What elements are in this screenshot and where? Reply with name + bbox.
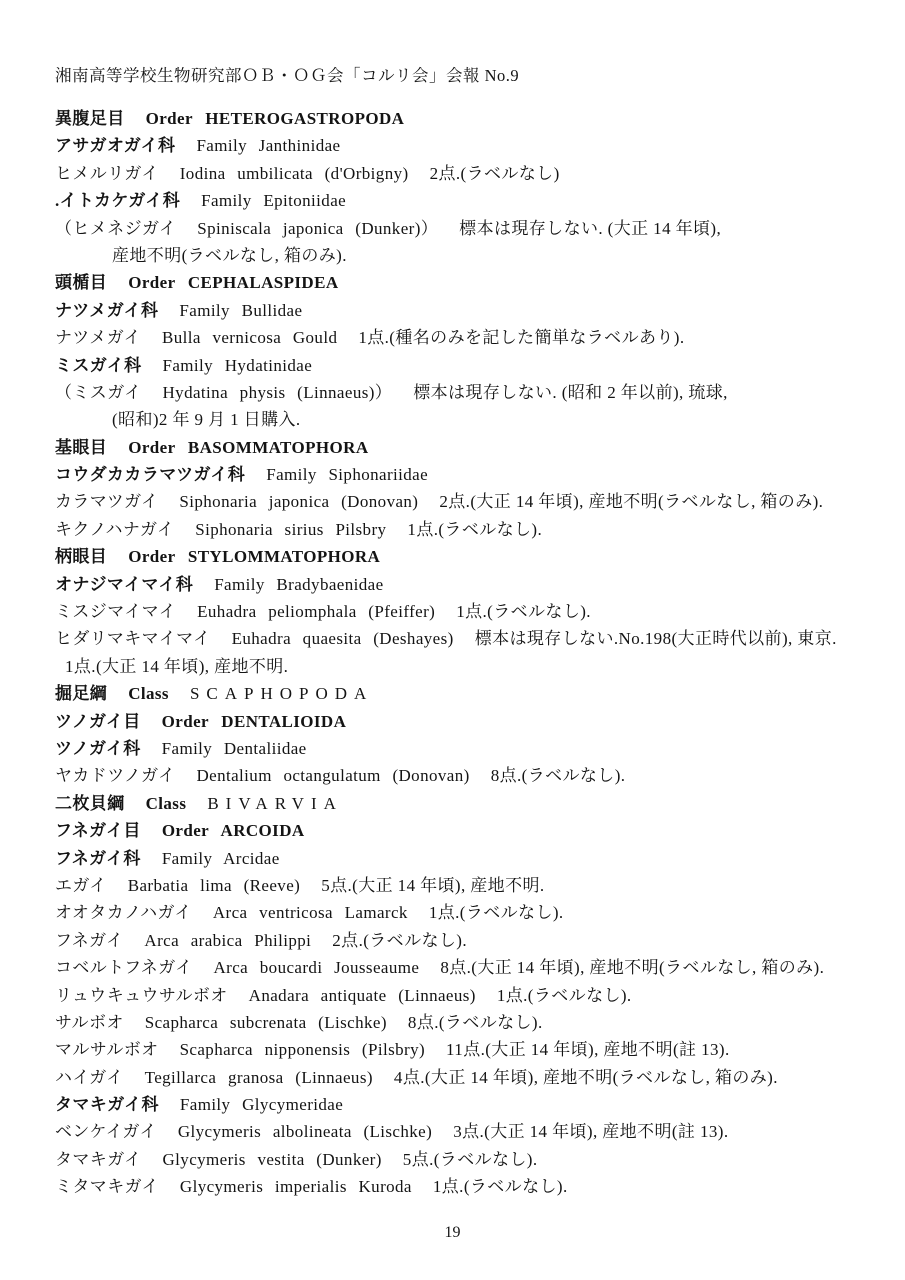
japanese-text: 11点.(大正 14 年頃), 産地不明(註 13).	[446, 1035, 730, 1060]
document-line: マルサルボオScapharca nipponensis (Pilsbry)11点…	[0, 1035, 905, 1062]
japanese-text: サルボオ	[55, 1008, 124, 1033]
japanese-heading: オナジマイマイ科	[55, 570, 193, 595]
latin-heading: Order ARCOIDA	[162, 821, 305, 841]
japanese-heading: フネガイ科	[55, 844, 141, 869]
latin-heading: Order CEPHALASPIDEA	[128, 273, 338, 293]
japanese-text: （ヒメネジガイ	[55, 214, 176, 239]
japanese-text: ハイガイ	[55, 1063, 124, 1088]
latin-name: Family Epitoniidae	[201, 191, 346, 211]
latin-name: Tegillarca granosa (Linnaeus)	[145, 1068, 373, 1088]
japanese-text: 1点.(ラベルなし).	[429, 898, 564, 923]
latin-name: Arca arabica Philippi	[144, 931, 311, 951]
japanese-heading: ミスガイ科	[55, 351, 142, 376]
document-line: ヒダリマキマイマイEuhadra quaesita (Deshayes)標本は現…	[0, 624, 905, 651]
latin-name: Arca boucardi Jousseaume	[214, 958, 420, 978]
document-line: .イトカケガイ科Family Epitoniidae	[0, 186, 905, 213]
page-number: 19	[0, 1224, 905, 1242]
document-line: 掘足綱ClassSCAPHOPODA	[0, 679, 905, 706]
latin-heading: Order HETEROGASTROPODA	[146, 109, 405, 129]
document-line: ベンケイガイGlycymeris albolineata (Lischke)3点…	[0, 1117, 905, 1144]
document-line: オナジマイマイ科Family Bradybaenidae	[0, 570, 905, 597]
document-line: フネガイArca arabica Philippi2点.(ラベルなし).	[0, 926, 905, 953]
japanese-text: 1点.(ラベルなし).	[456, 597, 591, 622]
latin-name: Spiniscala japonica (Dunker)）	[197, 214, 438, 239]
document-line: ミタマキガイGlycymeris imperialis Kuroda1点.(ラベ…	[0, 1172, 905, 1199]
document-line: 異腹足目Order HETEROGASTROPODA	[0, 104, 905, 131]
latin-name: Family Dentaliidae	[162, 739, 307, 759]
japanese-heading: ツノガイ目	[55, 707, 141, 732]
japanese-heading: 掘足綱	[55, 679, 107, 704]
japanese-text: 3点.(大正 14 年頃), 産地不明(註 13).	[453, 1117, 728, 1142]
japanese-text: ヤカドツノガイ	[55, 761, 175, 786]
latin-name: Siphonaria japonica (Donovan)	[179, 492, 418, 512]
latin-name: Scapharca subcrenata (Lischke)	[145, 1013, 387, 1033]
japanese-text: 1点.(ラベルなし).	[433, 1172, 568, 1197]
japanese-text: ベンケイガイ	[55, 1117, 157, 1142]
document-line: オオタカノハガイArca ventricosa Lamarck1点.(ラベルなし…	[0, 898, 905, 925]
latin-name: Family Bradybaenidae	[214, 575, 383, 595]
japanese-heading: 二枚貝綱	[55, 789, 125, 814]
latin-heading: Order STYLOMMATOPHORA	[128, 547, 380, 567]
latin-class-name: SCAPHOPODA	[190, 684, 373, 704]
japanese-text: ヒダリマキマイマイ	[55, 624, 211, 649]
latin-heading: Order DENTALIOIDA	[162, 712, 347, 732]
japanese-text: 2点.(大正 14 年頃), 産地不明(ラベルなし, 箱のみ).	[439, 487, 823, 512]
document-line: （ヒメネジガイSpiniscala japonica (Dunker)）標本は現…	[0, 214, 905, 241]
document-line: ヒメルリガイIodina umbilicata (d'Orbigny)2点.(ラ…	[0, 159, 905, 186]
japanese-text: キクノハナガイ	[55, 515, 174, 540]
japanese-text: 2点.(ラベルなし).	[332, 926, 467, 951]
latin-name: Euhadra peliomphala (Pfeiffer)	[197, 602, 435, 622]
latin-name: Family Siphonariidae	[266, 465, 428, 485]
document-line: ヤカドツノガイDentalium octangulatum (Donovan)8…	[0, 761, 905, 788]
document-line: 柄眼目Order STYLOMMATOPHORA	[0, 542, 905, 569]
document-line: （ミスガイHydatina physis (Linnaeus)）標本は現存しない…	[0, 378, 905, 405]
latin-heading: Order BASOMMATOPHORA	[128, 438, 368, 458]
japanese-text: エガイ	[55, 871, 107, 896]
document-line: ミスガイ科Family Hydatinidae	[0, 351, 905, 378]
latin-class-name: BIVARVIA	[207, 794, 343, 814]
document-page: 湘南高等学校生物研究部ＯＢ・ＯＧ会「コルリ会」会報 No.9 異腹足目Order…	[0, 0, 905, 1280]
japanese-heading: .イトカケガイ科	[55, 186, 180, 211]
document-line: アサガオガイ科Family Janthinidae	[0, 131, 905, 158]
document-line: ナツメガイBulla vernicosa Gould1点.(種名のみを記した簡単…	[0, 323, 905, 350]
latin-name: Family Hydatinidae	[163, 356, 313, 376]
latin-name: Glycymeris imperialis Kuroda	[180, 1177, 412, 1197]
latin-name: Glycymeris vestita (Dunker)	[163, 1150, 382, 1170]
japanese-heading: タマキガイ科	[55, 1090, 159, 1115]
japanese-text: タマキガイ	[55, 1145, 142, 1170]
japanese-text: ミスジマイマイ	[55, 597, 176, 622]
latin-name: Hydatina physis (Linnaeus)）	[163, 378, 393, 403]
document-line: サルボオScapharca subcrenata (Lischke)8点.(ラベ…	[0, 1008, 905, 1035]
latin-name: Family Janthinidae	[196, 136, 340, 156]
document-header: 湘南高等学校生物研究部ＯＢ・ＯＧ会「コルリ会」会報 No.9	[55, 62, 519, 86]
japanese-text: 1点.(種名のみを記した簡単なラベルあり).	[358, 323, 684, 348]
japanese-text: 5点.(ラベルなし).	[403, 1145, 538, 1170]
document-line: 二枚貝綱ClassBIVARVIA	[0, 789, 905, 816]
document-line: エガイBarbatia lima (Reeve)5点.(大正 14 年頃), 産…	[0, 871, 905, 898]
latin-name: Scapharca nipponensis (Pilsbry)	[180, 1040, 425, 1060]
japanese-text: 8点.(大正 14 年頃), 産地不明(ラベルなし, 箱のみ).	[440, 953, 824, 978]
latin-name: Arca ventricosa Lamarck	[213, 903, 408, 923]
japanese-text: 1点.(ラベルなし).	[497, 981, 632, 1006]
japanese-heading: アサガオガイ科	[55, 131, 175, 156]
document-line: ツノガイ科Family Dentaliidae	[0, 734, 905, 761]
latin-name: Barbatia lima (Reeve)	[128, 876, 301, 896]
japanese-text: 8点.(ラベルなし).	[408, 1008, 543, 1033]
latin-name: Iodina umbilicata (d'Orbigny)	[180, 164, 409, 184]
japanese-text: ナツメガイ	[55, 323, 141, 348]
document-line: コベルトフネガイArca boucardi Jousseaume8点.(大正 1…	[0, 953, 905, 980]
japanese-text: 産地不明(ラベルなし, 箱のみ).	[112, 241, 347, 266]
japanese-text: カラマツガイ	[55, 487, 158, 512]
latin-name: Family Glycymeridae	[180, 1095, 343, 1115]
latin-name: Siphonaria sirius Pilsbry	[195, 520, 386, 540]
latin-name: Anadara antiquate (Linnaeus)	[249, 986, 476, 1006]
document-line: タマキガイ科Family Glycymeridae	[0, 1090, 905, 1117]
japanese-text: 標本は現存しない. (大正 14 年頃),	[459, 214, 721, 239]
japanese-heading: 異腹足目	[55, 104, 125, 129]
document-line: フネガイ科Family Arcidae	[0, 844, 905, 871]
latin-name: Bulla vernicosa Gould	[162, 328, 337, 348]
document-line: (昭和)2 年 9 月 1 日購入.	[0, 405, 905, 432]
latin-name: Glycymeris albolineata (Lischke)	[178, 1122, 432, 1142]
document-line: ハイガイTegillarca granosa (Linnaeus)4点.(大正 …	[0, 1063, 905, 1090]
latin-name: Family Arcidae	[162, 849, 280, 869]
japanese-text: 5点.(大正 14 年頃), 産地不明.	[321, 871, 544, 896]
latin-name: Dentalium octangulatum (Donovan)	[196, 766, 469, 786]
japanese-text: 2点.(ラベルなし)	[430, 159, 560, 184]
document-line: キクノハナガイSiphonaria sirius Pilsbry1点.(ラベルな…	[0, 515, 905, 542]
japanese-heading: 頭楯目	[55, 268, 107, 293]
japanese-heading: ナツメガイ科	[55, 296, 158, 321]
japanese-text: （ミスガイ	[55, 378, 142, 403]
document-line: 基眼目Order BASOMMATOPHORA	[0, 433, 905, 460]
japanese-heading: コウダカカラマツガイ科	[55, 460, 245, 485]
document-line: 頭楯目Order CEPHALASPIDEA	[0, 268, 905, 295]
japanese-heading: フネガイ目	[55, 816, 141, 841]
document-line: カラマツガイSiphonaria japonica (Donovan)2点.(大…	[0, 487, 905, 514]
japanese-text: ヒメルリガイ	[55, 159, 159, 184]
japanese-text: 4点.(大正 14 年頃), 産地不明(ラベルなし, 箱のみ).	[394, 1063, 778, 1088]
document-line: リュウキュウサルボオAnadara antiquate (Linnaeus)1点…	[0, 981, 905, 1008]
japanese-text: コベルトフネガイ	[55, 953, 193, 978]
document-line: ナツメガイ科Family Bullidae	[0, 296, 905, 323]
document-line: タマキガイGlycymeris vestita (Dunker)5点.(ラベルな…	[0, 1145, 905, 1172]
latin-heading: Class	[146, 794, 187, 814]
document-line: ツノガイ目Order DENTALIOIDA	[0, 707, 905, 734]
latin-heading: Class	[128, 684, 169, 704]
japanese-text: 8点.(ラベルなし).	[491, 761, 626, 786]
japanese-text: 標本は現存しない.No.198(大正時代以前), 東京.	[475, 624, 837, 649]
japanese-text: 1点.(大正 14 年頃), 産地不明.	[65, 652, 288, 677]
document-body: 異腹足目Order HETEROGASTROPODAアサガオガイ科Family …	[0, 104, 905, 1200]
japanese-heading: 基眼目	[55, 433, 107, 458]
japanese-text: 1点.(ラベルなし).	[407, 515, 542, 540]
document-line: ミスジマイマイEuhadra peliomphala (Pfeiffer)1点.…	[0, 597, 905, 624]
document-line: コウダカカラマツガイ科Family Siphonariidae	[0, 460, 905, 487]
japanese-text: オオタカノハガイ	[55, 898, 192, 923]
document-line: 1点.(大正 14 年頃), 産地不明.	[0, 652, 905, 679]
japanese-heading: ツノガイ科	[55, 734, 141, 759]
document-line: 産地不明(ラベルなし, 箱のみ).	[0, 241, 905, 268]
japanese-text: マルサルボオ	[55, 1035, 159, 1060]
japanese-text: フネガイ	[55, 926, 123, 951]
japanese-text: ミタマキガイ	[55, 1172, 159, 1197]
document-line: フネガイ目Order ARCOIDA	[0, 816, 905, 843]
japanese-heading: 柄眼目	[55, 542, 107, 567]
latin-name: Euhadra quaesita (Deshayes)	[232, 629, 454, 649]
japanese-text: 標本は現存しない. (昭和 2 年以前), 琉球,	[413, 378, 728, 403]
japanese-text: リュウキュウサルボオ	[55, 981, 228, 1006]
japanese-text: (昭和)2 年 9 月 1 日購入.	[112, 405, 301, 430]
latin-name: Family Bullidae	[179, 301, 302, 321]
